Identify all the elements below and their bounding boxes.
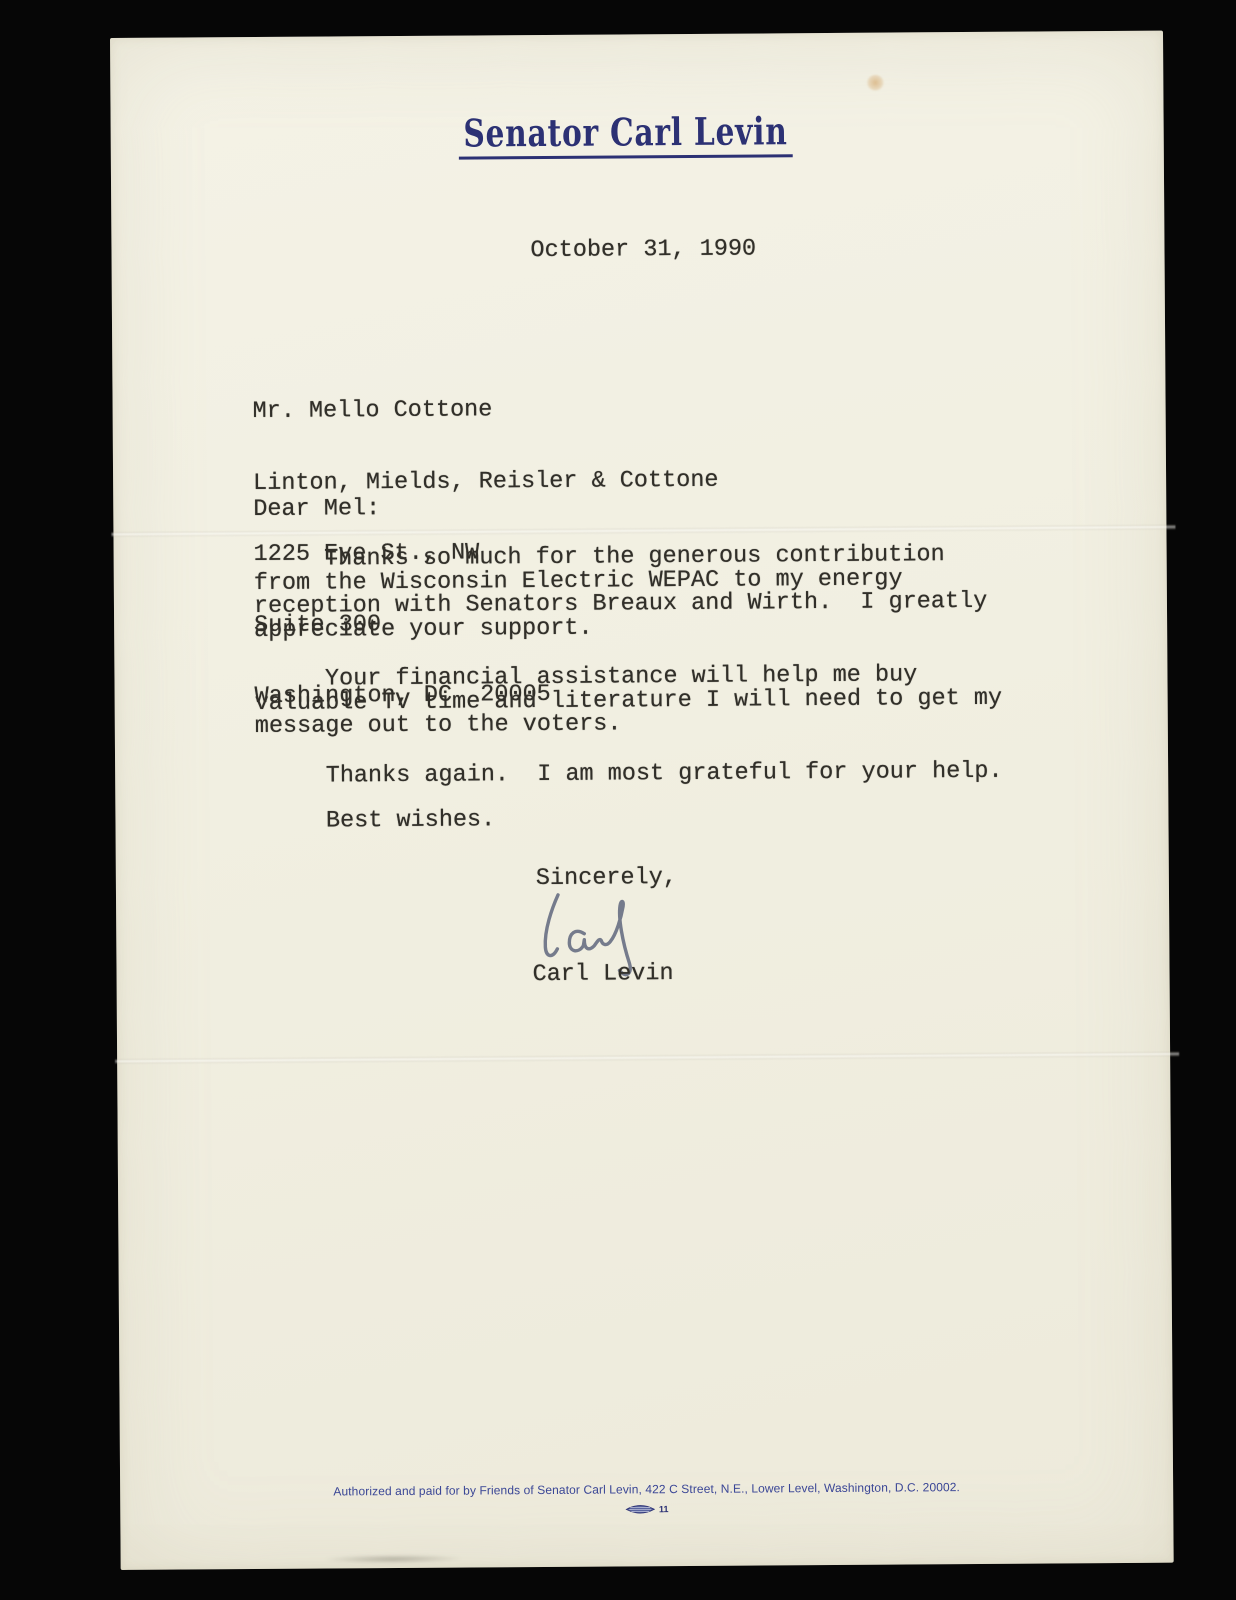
letterhead: Senator Carl Levin xyxy=(111,109,1164,162)
body-paragraph-3: Thanks again. I am most grateful for you… xyxy=(255,760,1003,789)
salutation: Dear Mel: xyxy=(253,497,380,522)
union-bug-icon xyxy=(625,1502,655,1516)
union-bug-row: 11 xyxy=(120,1499,1173,1520)
letter-paper: Senator Carl Levin October 31, 1990 Mr. … xyxy=(110,31,1174,1570)
recipient-company: Linton, Mields, Reisler & Cottone xyxy=(253,468,719,495)
date-line: October 31, 1990 xyxy=(530,237,756,262)
footer-disclaimer: Authorized and paid for by Friends of Se… xyxy=(120,1479,1173,1500)
letterhead-title: Senator Carl Levin xyxy=(458,111,792,159)
union-bug-number: 11 xyxy=(659,1504,669,1514)
paper-stain xyxy=(866,75,884,91)
recipient-name: Mr. Mello Cottone xyxy=(253,397,719,424)
scan-background: Senator Carl Levin October 31, 1990 Mr. … xyxy=(0,0,1236,1600)
signer-typed-name: Carl Levin xyxy=(532,962,673,987)
body-paragraph-4: Best wishes. xyxy=(255,808,495,833)
bottom-edge-smudge xyxy=(326,1555,461,1564)
body-paragraph-1: Thanks so much for the generous contribu… xyxy=(254,543,988,643)
fold-line-lower xyxy=(115,1052,1179,1064)
body-paragraph-2: Your financial assistance will help me b… xyxy=(254,663,1002,739)
